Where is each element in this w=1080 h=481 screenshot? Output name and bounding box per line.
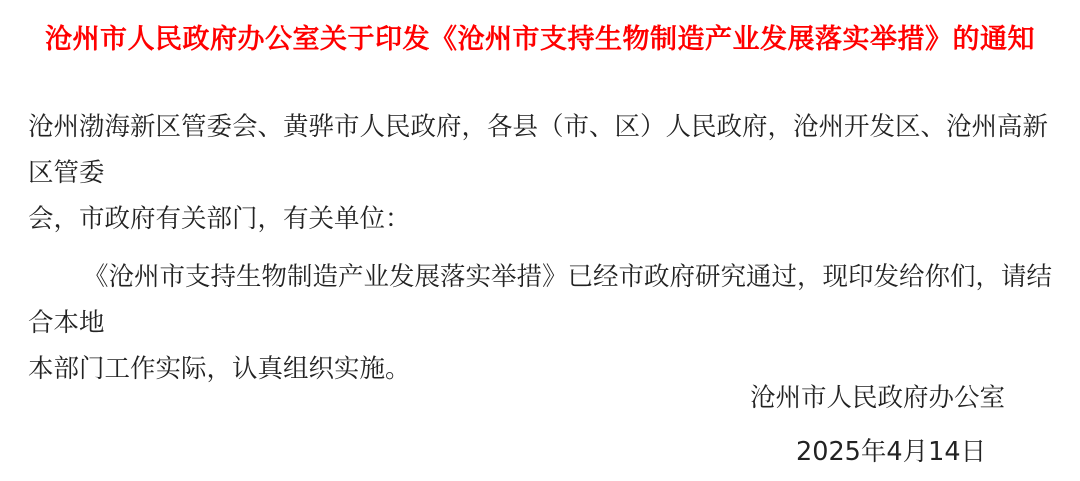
notice-title: 沧州市人民政府办公室关于印发《沧州市支持生物制造产业发展落实举措》的通知 [0,22,1080,58]
signature-date: 2025年4月14日 [796,434,986,470]
addressees-line-2: 会，市政府有关部门，有关单位： [28,196,1058,242]
body-paragraph-line-1: 《沧州市支持生物制造产业发展落实举措》已经市政府研究通过，现印发给你们，请结合本… [28,254,1058,346]
notice-body: 沧州渤海新区管委会、黄骅市人民政府，各县（市、区）人民政府，沧州开发区、沧州高新… [28,104,1058,392]
addressees-line-1: 沧州渤海新区管委会、黄骅市人民政府，各县（市、区）人民政府，沧州开发区、沧州高新… [28,104,1058,196]
signature-organization: 沧州市人民政府办公室 [750,380,1005,416]
